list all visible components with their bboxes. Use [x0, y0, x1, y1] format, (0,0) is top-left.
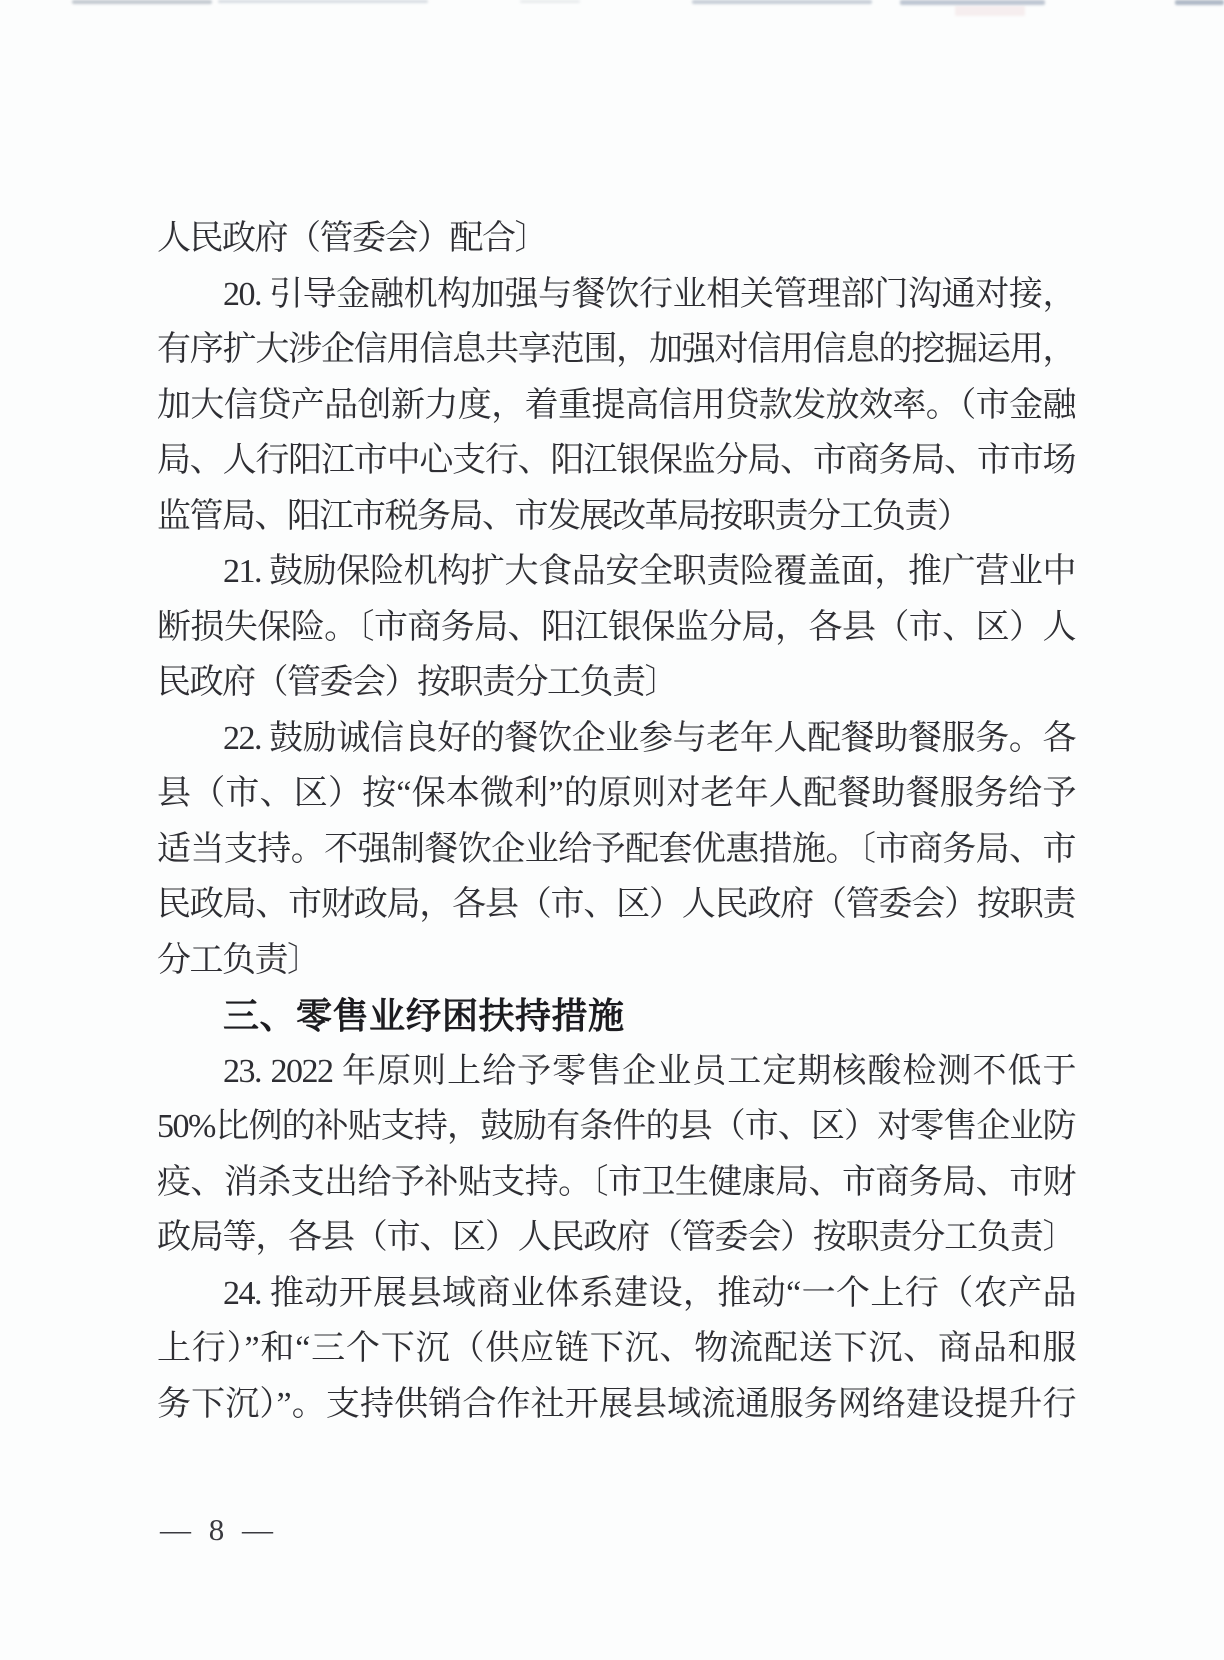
text-block: 人民政府（管委会）配合〕20. 引导金融机构加强与餐饮行业相关管理部门沟通对接，…: [157, 211, 1075, 1432]
text-line: 加大信贷产品创新力度，着重提高信用贷款发放效率。（市金融: [157, 378, 1075, 434]
document-page: 人民政府（管委会）配合〕20. 引导金融机构加强与餐饮行业相关管理部门沟通对接，…: [0, 0, 1224, 1660]
text-line: 适当支持。不强制餐饮企业给予配套优惠措施。〔市商务局、市: [157, 822, 1075, 878]
text-line: 民政府（管委会）按职责分工负责〕: [157, 655, 1075, 711]
text-line: 分工负责〕: [157, 933, 1075, 989]
scan-artifact: [955, 6, 1025, 16]
scan-artifact: [218, 0, 428, 3]
page-footer: — 8 —: [160, 1508, 278, 1552]
scan-artifact: [900, 0, 1045, 5]
page-number: — 8 —: [160, 1512, 278, 1547]
text-line: 监管局、阳江市税务局、市发展改革局按职责分工负责）: [157, 489, 1075, 545]
scan-artifact: [692, 0, 872, 4]
text-line: 有序扩大涉企信用信息共享范围，加强对信用信息的挖掘运用，: [157, 322, 1075, 378]
text-line: 县（市、区）按“保本微利”的原则对老年人配餐助餐服务给予: [157, 766, 1075, 822]
text-line: 政局等，各县（市、区）人民政府（管委会）按职责分工负责〕: [157, 1210, 1075, 1266]
text-line: 20. 引导金融机构加强与餐饮行业相关管理部门沟通对接，: [157, 267, 1075, 323]
text-line: 务下沉）”。支持供销合作社开展县域流通服务网络建设提升行: [157, 1377, 1075, 1433]
text-line: 局、人行阳江市中心支行、阳江银保监分局、市商务局、市市场: [157, 433, 1075, 489]
text-line: 23. 2022 年原则上给予零售企业员工定期核酸检测不低于: [157, 1044, 1075, 1100]
scan-artifact: [72, 0, 212, 4]
scan-artifact: [1175, 0, 1224, 5]
text-line: 人民政府（管委会）配合〕: [157, 211, 1075, 267]
text-line: 疫、消杀支出给予补贴支持。〔市卫生健康局、市商务局、市财: [157, 1155, 1075, 1211]
text-line: 21. 鼓励保险机构扩大食品安全职责险覆盖面，推广营业中: [157, 544, 1075, 600]
text-line: 50%比例的补贴支持，鼓励有条件的县（市、区）对零售企业防: [157, 1099, 1075, 1155]
text-line: 断损失保险。〔市商务局、阳江银保监分局，各县（市、区）人: [157, 600, 1075, 656]
scan-artifact: [520, 0, 580, 3]
text-line: 上行）”和“三个下沉（供应链下沉、物流配送下沉、商品和服: [157, 1321, 1075, 1377]
section-heading: 三、零售业纾困扶持措施: [157, 988, 1075, 1044]
text-line: 24. 推动开展县域商业体系建设，推动“一个上行（农产品: [157, 1266, 1075, 1322]
text-line: 民政局、市财政局，各县（市、区）人民政府（管委会）按职责: [157, 877, 1075, 933]
text-line: 22. 鼓励诚信良好的餐饮企业参与老年人配餐助餐服务。各: [157, 711, 1075, 767]
